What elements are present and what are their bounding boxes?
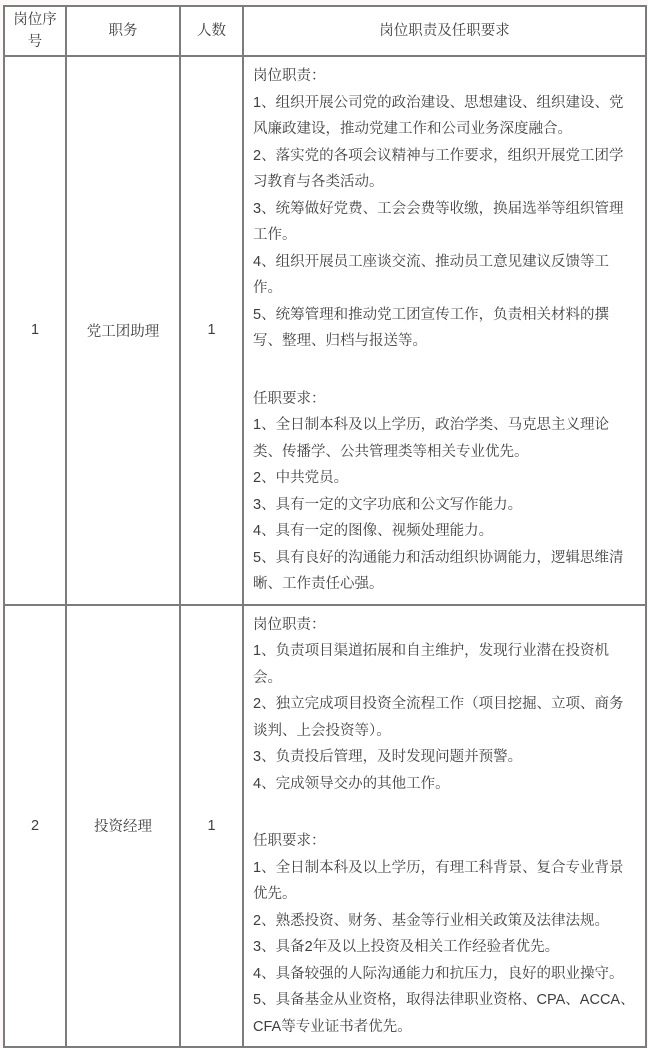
duty-item: 3、负责投后管理，及时发现问题并预警。 bbox=[253, 744, 635, 771]
requirement-item: 2、熟悉投资、财务、基金等行业相关政策及法律法规。 bbox=[253, 908, 635, 935]
requirement-item: 4、具备较强的人际沟通能力和抗压力，良好的职业操守。 bbox=[253, 961, 635, 988]
requirement-item: 2、中共党员。 bbox=[253, 465, 635, 492]
cell-position-no: 2 bbox=[4, 605, 66, 1048]
header-job-title: 职务 bbox=[66, 6, 180, 56]
requirement-item: 3、具备2年及以上投资及相关工作经验者优先。 bbox=[253, 934, 635, 961]
duties-heading: 岗位职责： bbox=[253, 63, 635, 90]
requirement-item: 1、全日制本科及以上学历，有理工科背景、复合专业背景优先。 bbox=[253, 855, 635, 908]
duties-heading: 岗位职责： bbox=[253, 612, 635, 639]
requirement-item: 5、具备基金从业资格，取得法律职业资格、CPA、ACCA、CFA等专业证书者优先… bbox=[253, 987, 635, 1040]
cell-headcount: 1 bbox=[180, 56, 243, 605]
header-row: 岗位序号 职务 人数 岗位职责及任职要求 bbox=[4, 6, 646, 56]
cell-description: 岗位职责： 1、负责项目渠道拓展和自主维护，发现行业潜在投资机会。 2、独立完成… bbox=[243, 605, 646, 1048]
duty-item: 2、独立完成项目投资全流程工作（项目挖掘、立项、商务谈判、上会投资等）。 bbox=[253, 691, 635, 744]
header-position-no: 岗位序号 bbox=[4, 6, 66, 56]
cell-position-no: 1 bbox=[4, 56, 66, 605]
document-page: 岗位序号 职务 人数 岗位职责及任职要求 1 党工团助理 1 岗位职责： 1、组… bbox=[0, 0, 648, 920]
section-gap bbox=[253, 355, 635, 386]
duty-item: 4、完成领导交办的其他工作。 bbox=[253, 771, 635, 798]
duty-item: 2、落实党的各项会议精神与工作要求，组织开展党工团学习教育与各类活动。 bbox=[253, 143, 635, 196]
requirement-item: 4、具有一定的图像、视频处理能力。 bbox=[253, 518, 635, 545]
requirement-item: 5、具有良好的沟通能力和活动组织协调能力，逻辑思维清晰、工作责任心强。 bbox=[253, 545, 635, 598]
duty-item: 4、组织开展员工座谈交流、推动员工意见建议反馈等工作。 bbox=[253, 249, 635, 302]
duty-item: 3、统筹做好党费、工会会费等收缴，换届选举等组织管理工作。 bbox=[253, 196, 635, 249]
table-row: 2 投资经理 1 岗位职责： 1、负责项目渠道拓展和自主维护，发现行业潜在投资机… bbox=[4, 605, 646, 1048]
section-gap bbox=[253, 797, 635, 828]
cell-description: 岗位职责： 1、组织开展公司党的政治建设、思想建设、组织建设、党风廉政建设，推动… bbox=[243, 56, 646, 605]
requirement-item: 1、全日制本科及以上学历，政治学类、马克思主义理论类、传播学、公共管理类等相关专… bbox=[253, 412, 635, 465]
cell-job-title: 投资经理 bbox=[66, 605, 180, 1048]
header-headcount: 人数 bbox=[180, 6, 243, 56]
cell-job-title: 党工团助理 bbox=[66, 56, 180, 605]
duty-item: 1、负责项目渠道拓展和自主维护，发现行业潜在投资机会。 bbox=[253, 638, 635, 691]
table-row: 1 党工团助理 1 岗位职责： 1、组织开展公司党的政治建设、思想建设、组织建设… bbox=[4, 56, 646, 605]
requirement-item: 3、具有一定的文字功底和公文写作能力。 bbox=[253, 492, 635, 519]
cell-headcount: 1 bbox=[180, 605, 243, 1048]
header-duties-requirements: 岗位职责及任职要求 bbox=[243, 6, 646, 56]
requirements-heading: 任职要求： bbox=[253, 828, 635, 855]
job-positions-table: 岗位序号 职务 人数 岗位职责及任职要求 1 党工团助理 1 岗位职责： 1、组… bbox=[3, 5, 647, 1048]
duty-item: 1、组织开展公司党的政治建设、思想建设、组织建设、党风廉政建设，推动党建工作和公… bbox=[253, 90, 635, 143]
requirements-heading: 任职要求： bbox=[253, 386, 635, 413]
duty-item: 5、统筹管理和推动党工团宣传工作，负责相关材料的撰写、整理、归档与报送等。 bbox=[253, 302, 635, 355]
